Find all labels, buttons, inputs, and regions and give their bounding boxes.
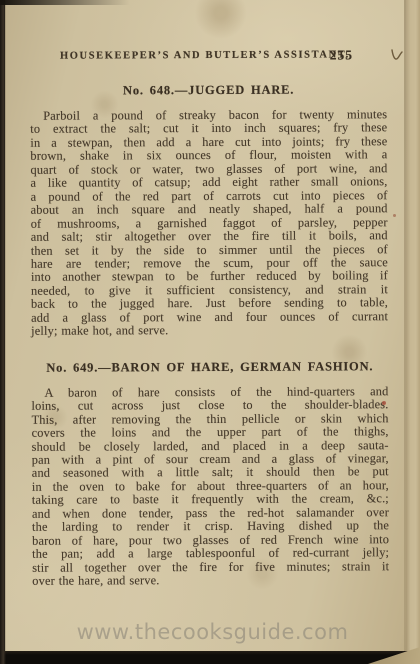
scanned-book-page: HOUSEKEEPER’S AND BUTLER’S ASSISTANT. 25… (0, 0, 420, 664)
recipe-body: Parboil a pound of streaky bacon for twe… (30, 108, 388, 338)
page-number: 255 (330, 47, 353, 63)
page-curl-mark (390, 48, 404, 64)
foxing-speck (393, 214, 396, 217)
recipe-heading: No. 648.—JUGGED HARE. (30, 82, 387, 99)
body-line: over the hare, and serve. (32, 573, 389, 588)
foxing-speck (382, 401, 386, 405)
scan-edge-top (0, 0, 130, 5)
recipe-baron-of-hare: No. 649.—BARON OF HARE, GERMAN FASHION. … (31, 359, 389, 588)
recipe-jugged-hare: No. 648.—JUGGED HARE. Parboil a pound of… (30, 82, 388, 338)
running-header: HOUSEKEEPER’S AND BUTLER’S ASSISTANT. 25… (30, 49, 387, 65)
adjacent-page-edge (406, 0, 420, 652)
scan-edge-left (0, 0, 6, 664)
book-page-paper: HOUSEKEEPER’S AND BUTLER’S ASSISTANT. 25… (5, 0, 420, 652)
printed-content: HOUSEKEEPER’S AND BUTLER’S ASSISTANT. 25… (30, 0, 390, 588)
recipe-body: A baron of hare consists of the hind-qua… (31, 385, 389, 588)
scan-edge-bottom (0, 651, 420, 664)
watermark: www.thecooksguide.com (5, 620, 420, 644)
body-line: add a glass of port wine and four ounces… (31, 310, 388, 325)
body-line: stir all together over the fire for five… (32, 560, 389, 575)
header-title: HOUSEKEEPER’S AND BUTLER’S ASSISTANT. (60, 49, 350, 61)
body-line: jelly; make hot, and serve. (31, 323, 388, 338)
recipe-heading: No. 649.—BARON OF HARE, GERMAN FASHION. (31, 359, 388, 376)
